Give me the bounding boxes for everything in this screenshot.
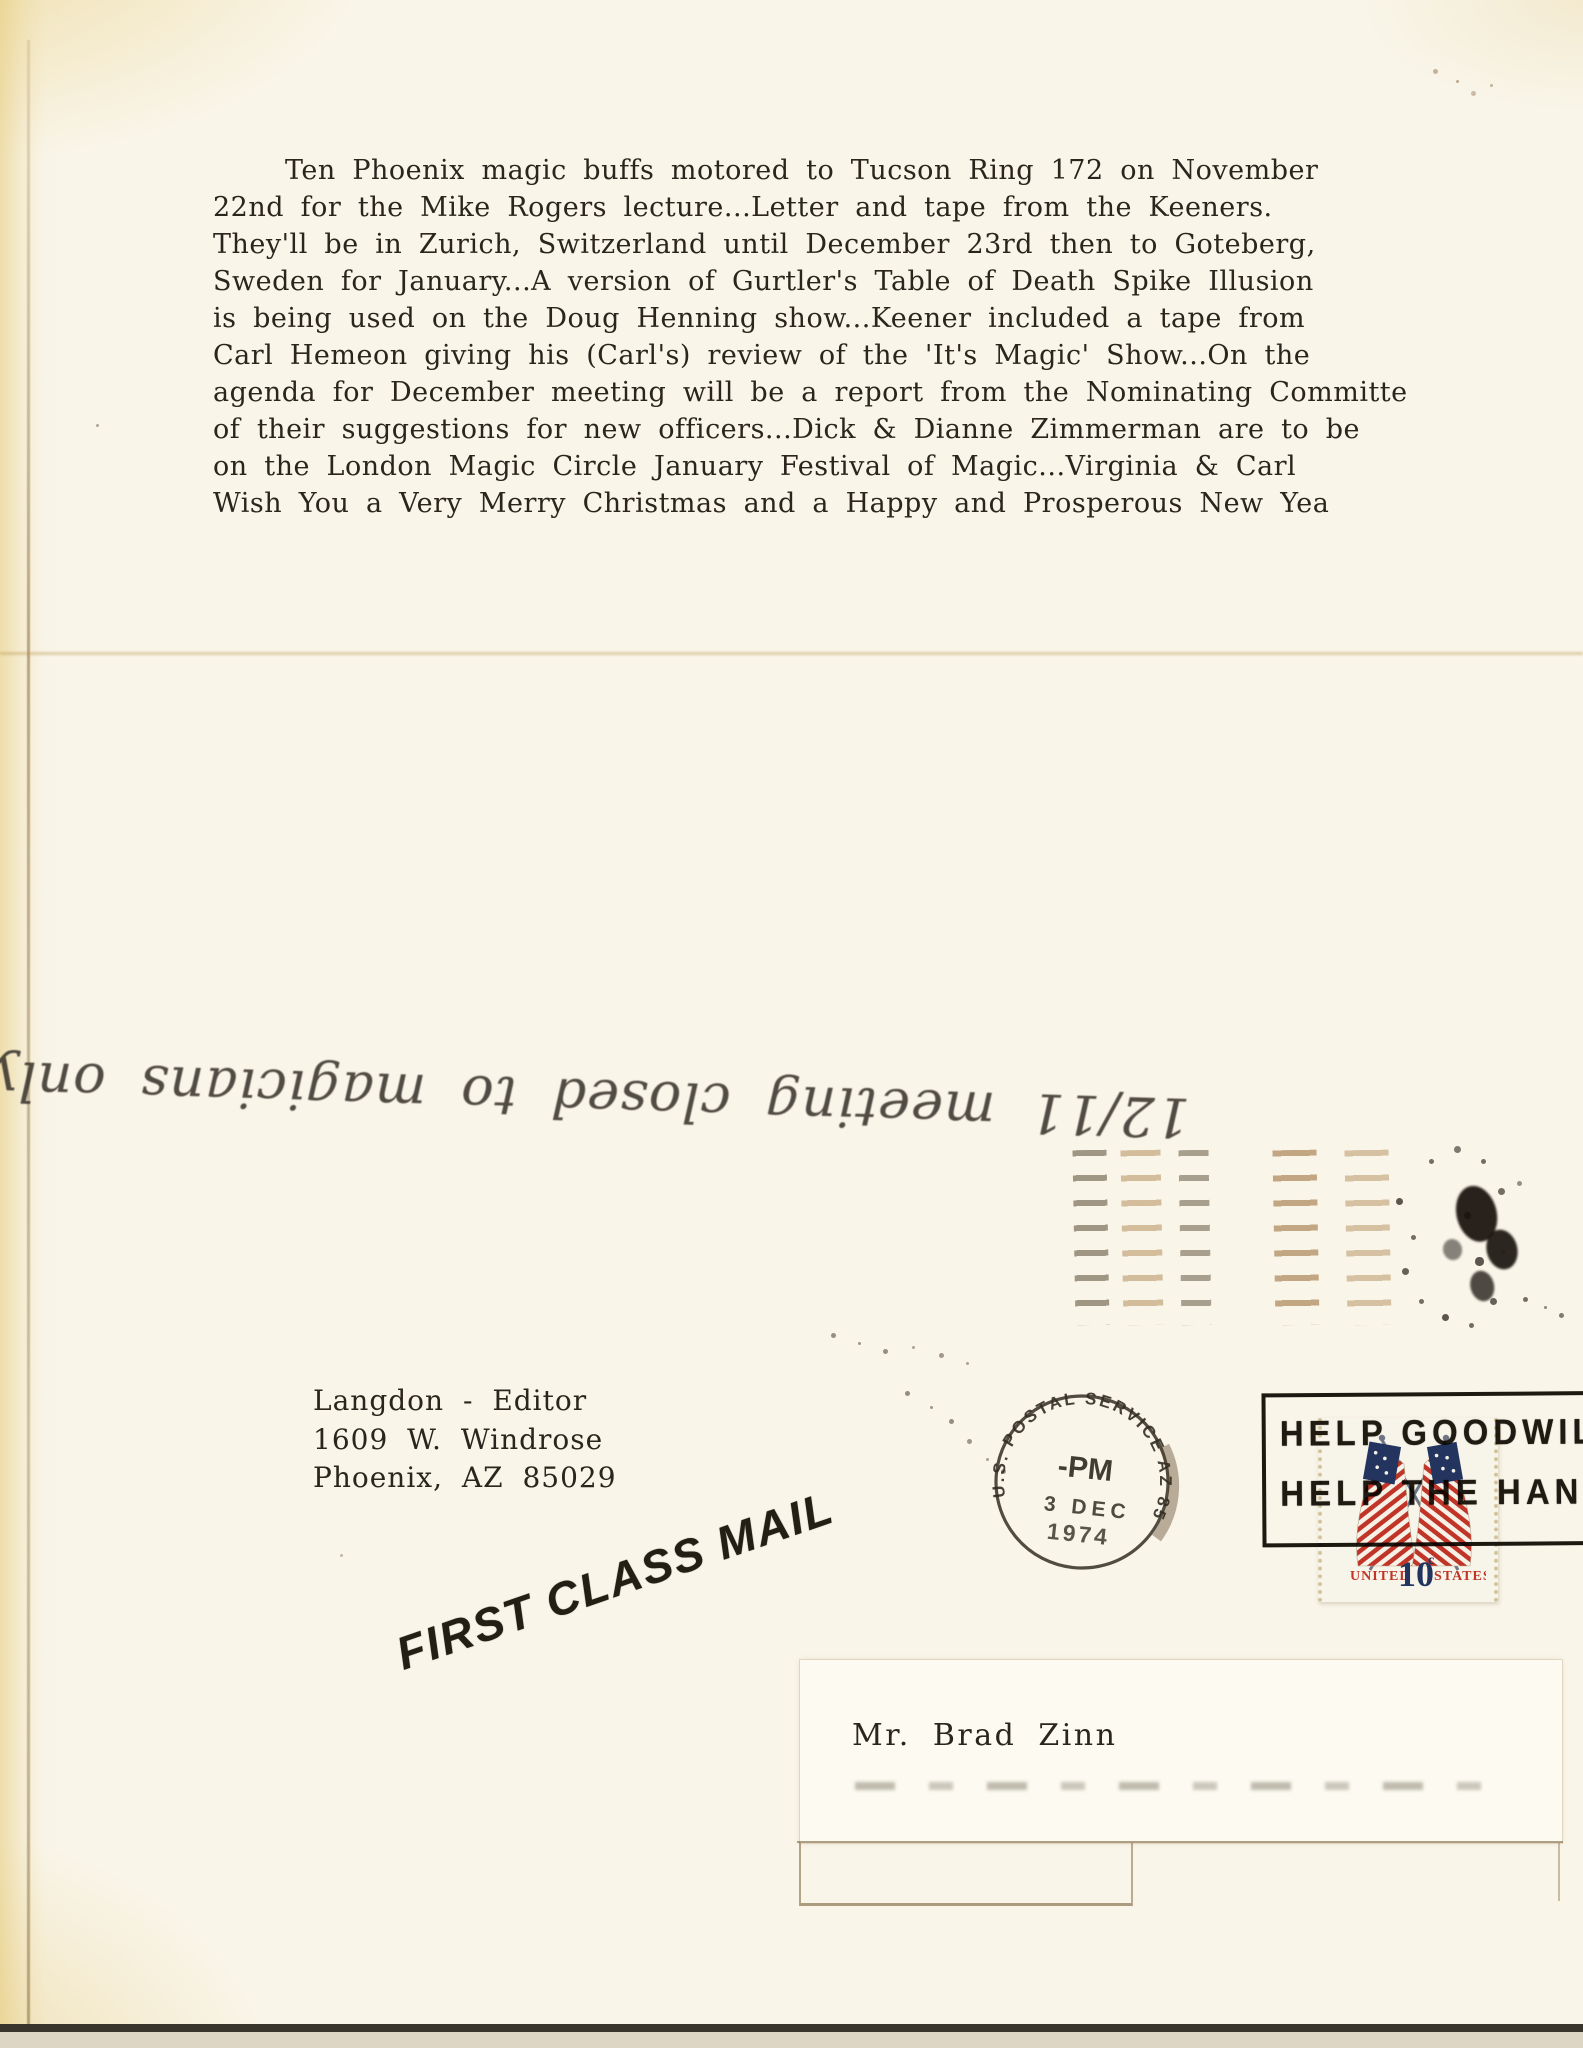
cancellation-bars — [1178, 1150, 1211, 1325]
label-outline-box — [799, 1843, 1133, 1906]
label-outline-right — [1558, 1843, 1560, 1901]
paragraph-line: of their suggestions for new officers...… — [213, 411, 1583, 448]
slogan-line: HELP GOODWILL INDUSTRIES — [1280, 1409, 1583, 1454]
ink-blot — [1405, 1158, 1543, 1347]
vertical-fold-crease — [27, 40, 30, 2048]
slogan-cancellation-box: HELP GOODWILL INDUSTRIES HELP THE HANDIC… — [1261, 1391, 1583, 1548]
cancellation-bars — [1272, 1150, 1319, 1326]
postmark-pm: -PM — [1056, 1449, 1114, 1488]
first-class-mail-stamp: FIRST CLASS MAIL — [389, 1480, 840, 1680]
paragraph-line: Ten Phoenix magic buffs motored to Tucso… — [213, 152, 1583, 189]
cancellation-bars — [1072, 1150, 1109, 1326]
paragraph-line: Wish You a Very Merry Christmas and a Ha… — [213, 485, 1583, 522]
return-address-line: Phoenix, AZ 85029 — [313, 1459, 617, 1498]
horizontal-fold-crease — [0, 652, 1583, 655]
paragraph-line: Carl Hemeon giving his (Carl's) review o… — [213, 337, 1583, 374]
postmark: U.S. POSTAL SERVICE AZ 852 -PM 3 DEC 197… — [961, 1361, 1203, 1603]
paragraph-line: 22nd for the Mike Rogers lecture...Lette… — [213, 189, 1583, 226]
recipient-name: Mr. Brad Zinn — [852, 1718, 1117, 1753]
return-address-line: 1609 W. Windrose — [313, 1421, 617, 1460]
erased-address-line — [855, 1782, 1495, 1790]
scan-bottom-edge — [0, 2024, 1583, 2032]
slogan-line: HELP THE HANDICAPPED — [1280, 1470, 1583, 1515]
stamp-cent-symbol: c — [1428, 1553, 1434, 1568]
paragraph-line: is being used on the Doug Henning show..… — [213, 300, 1583, 337]
mailing-label: Mr. Brad Zinn — [800, 1660, 1562, 1843]
return-address-line: Langdon - Editor — [313, 1382, 617, 1421]
paragraph-line: on the London Magic Circle January Festi… — [213, 448, 1583, 485]
paper-speckles — [0, 0, 3, 3]
paragraph-line: They'll be in Zurich, Switzerland until … — [213, 226, 1583, 263]
handwritten-note-upside-down: 12/11 meeting closed to magicians only — [102, 991, 1192, 1210]
scan-background-strip — [0, 2032, 1583, 2048]
paragraph-line: Sweden for January...A version of Gurtle… — [213, 263, 1583, 300]
postmark-year: 1974 — [1046, 1518, 1112, 1550]
cancellation-bars — [1344, 1150, 1391, 1326]
cancellation-bars — [1120, 1150, 1163, 1326]
stamp-states-label: STATES — [1434, 1569, 1486, 1584]
paragraph-line: agenda for December meeting will be a re… — [213, 374, 1583, 411]
typed-paragraph: Ten Phoenix magic buffs motored to Tucso… — [213, 152, 1583, 522]
scanned-mail-page: { "paragraph": { "lines": [ "Ten Phoenix… — [0, 0, 1583, 2048]
return-address: Langdon - Editor 1609 W. Windrose Phoeni… — [313, 1382, 617, 1498]
